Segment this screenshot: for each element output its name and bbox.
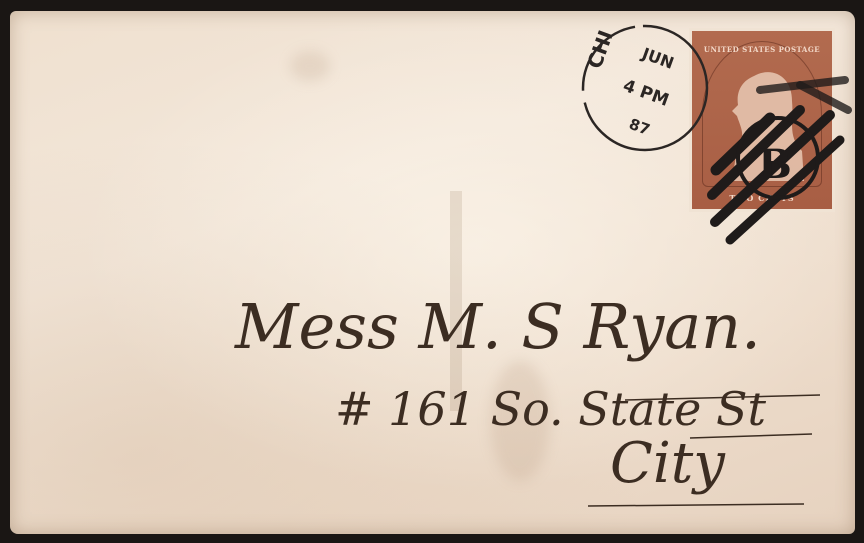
stain [290,51,330,81]
crease-mark [450,191,462,411]
washington-portrait-icon [692,31,832,209]
stain [490,361,550,481]
postage-stamp: UNITED STATES POSTAGE TWO CENTS [692,31,832,209]
stamp-denomination: TWO CENTS [692,193,832,203]
